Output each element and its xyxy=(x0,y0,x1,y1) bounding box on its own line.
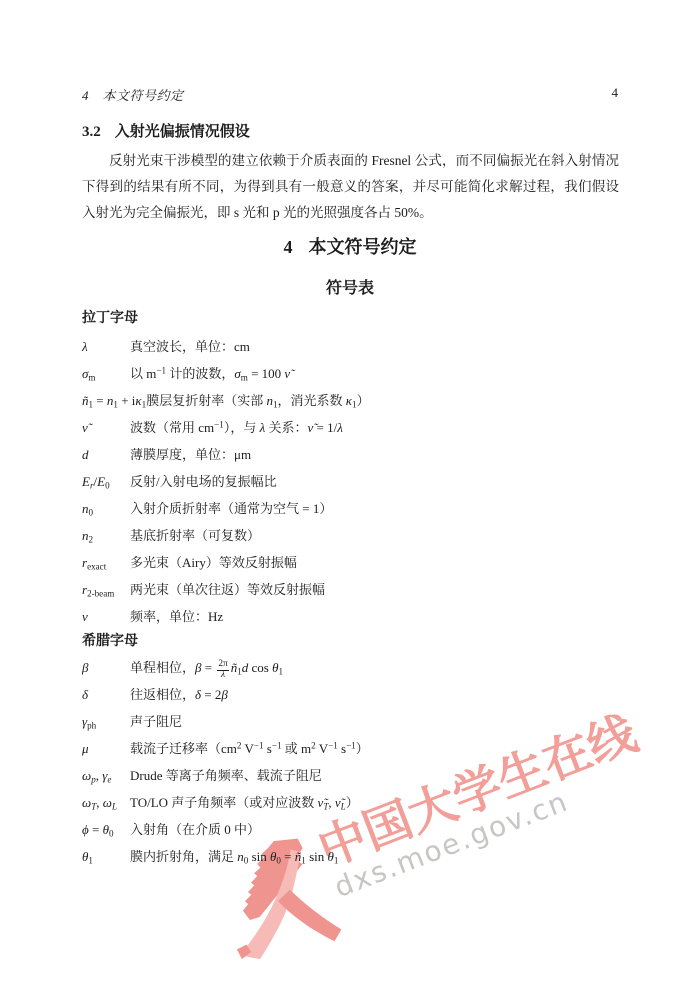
symbol-description: 膜内折射角，满足 n0 sin θ0 = ñ1 sin θ1 xyxy=(130,849,338,864)
running-header-title: 4 本文符号约定 xyxy=(82,85,184,104)
latin-symbol-list: λ真空波长，单位：cmσm以 m−1 计的波数，σm = 100 ν̃ñ1 = … xyxy=(82,333,640,630)
symbol-row: λ真空波长，单位：cm xyxy=(82,333,640,360)
symbol-row: ñ1 = n1 + iκ1膜层复折射率（实部 n1，消光系数 κ1） xyxy=(82,387,640,414)
symbol-description: TO/LO 声子角频率（或对应波数 ν̃T, ν̃L） xyxy=(130,795,359,810)
symbol-description: 两光束（单次往返）等效反射振幅 xyxy=(130,582,325,597)
symbol-description: 反射/入射电场的复振幅比 xyxy=(130,474,277,489)
symbol-row: d薄膜厚度，单位：μm xyxy=(82,441,640,468)
symbol-description: 膜层复折射率（实部 n1，消光系数 κ1） xyxy=(146,393,369,408)
symbol-description: 单程相位，β = 2πλñ1d cos θ1 xyxy=(130,660,283,675)
symbol: ωp, γe xyxy=(82,762,130,789)
symbol: r2-beam xyxy=(82,576,130,603)
symbol-description: 载流子迁移率（cm2 V−1 s−1 或 m2 V−1 s−1） xyxy=(130,741,369,756)
subsection-title: 入射光偏振情况假设 xyxy=(115,124,250,140)
symbol-description: 基底折射率（可复数） xyxy=(130,528,260,543)
body-paragraph: 反射光束干涉模型的建立依赖于介质表面的 Fresnel 公式，而不同偏振光在斜入… xyxy=(82,148,619,226)
symbol: ñ1 = n1 + iκ1 xyxy=(82,387,146,414)
symbol-description: 声子阻尼 xyxy=(130,714,182,729)
symbol: d xyxy=(82,441,130,468)
symbol: ωT, ωL xyxy=(82,789,130,816)
symbol-table-title: 符号表 xyxy=(0,275,700,298)
symbol-row: r2-beam两光束（单次往返）等效反射振幅 xyxy=(82,576,640,603)
symbol-row: ωp, γeDrude 等离子角频率、载流子阻尼 xyxy=(82,762,640,789)
subsection-number: 3.2 xyxy=(82,124,101,140)
symbol-description: 以 m−1 计的波数，σm = 100 ν̃ xyxy=(130,366,290,381)
symbol-row: ν̃波数（常用 cm−1），与 λ 关系：ν̃ = 1/λ xyxy=(82,414,640,441)
symbol: rexact xyxy=(82,549,130,576)
document-page: 中国大学生在线 dxs.moe.gov.cn 4 本文符号约定 4 3.2入射光… xyxy=(0,0,700,989)
symbol-row: θ1膜内折射角，满足 n0 sin θ0 = ñ1 sin θ1 xyxy=(82,843,640,870)
latin-letters-heading: 拉丁字母 xyxy=(82,307,138,327)
symbol: ν̃ xyxy=(82,414,130,441)
chapter-number: 4 xyxy=(284,237,293,257)
symbol-row: v频率，单位：Hz xyxy=(82,603,640,630)
symbol-description: 入射介质折射率（通常为空气 = 1） xyxy=(130,501,332,516)
symbol-row: μ载流子迁移率（cm2 V−1 s−1 或 m2 V−1 s−1） xyxy=(82,735,640,762)
symbol-row: rexact多光束（Airy）等效反射振幅 xyxy=(82,549,640,576)
symbol-description: 波数（常用 cm−1），与 λ 关系：ν̃ = 1/λ xyxy=(130,420,343,435)
symbol-row: σm以 m−1 计的波数，σm = 100 ν̃ xyxy=(82,360,640,387)
symbol-row: β单程相位，β = 2πλñ1d cos θ1 xyxy=(82,654,640,681)
symbol-description: 频率，单位：Hz xyxy=(130,609,223,624)
symbol-description: 薄膜厚度，单位：μm xyxy=(130,447,251,462)
symbol: Er/E0 xyxy=(82,468,130,495)
chapter-title: 4本文符号约定 xyxy=(0,233,700,259)
symbol: β xyxy=(82,654,130,681)
symbol: σm xyxy=(82,360,130,387)
greek-symbol-list: β单程相位，β = 2πλñ1d cos θ1δ往返相位，δ = 2βγph声子… xyxy=(82,654,640,870)
symbol-row: ϕ = θ0入射角（在介质 0 中） xyxy=(82,816,640,843)
subsection-heading: 3.2入射光偏振情况假设 xyxy=(82,120,250,141)
symbol: δ xyxy=(82,681,130,708)
symbol-description: 真空波长，单位：cm xyxy=(130,339,250,354)
symbol-row: n2基底折射率（可复数） xyxy=(82,522,640,549)
symbol-description: 多光束（Airy）等效反射振幅 xyxy=(130,555,297,570)
symbol: n0 xyxy=(82,495,130,522)
running-header: 4 本文符号约定 4 xyxy=(82,85,618,104)
symbol-row: n0入射介质折射率（通常为空气 = 1） xyxy=(82,495,640,522)
symbol: v xyxy=(82,603,130,630)
symbol-row: ωT, ωLTO/LO 声子角频率（或对应波数 ν̃T, ν̃L） xyxy=(82,789,640,816)
symbol-row: Er/E0反射/入射电场的复振幅比 xyxy=(82,468,640,495)
symbol-description: 往返相位，δ = 2β xyxy=(130,687,228,702)
symbol-description: Drude 等离子角频率、载流子阻尼 xyxy=(130,768,322,783)
chapter-title-text: 本文符号约定 xyxy=(309,237,417,257)
symbol: ϕ = θ0 xyxy=(82,816,130,843)
symbol-description: 入射角（在介质 0 中） xyxy=(130,822,260,837)
symbol: n2 xyxy=(82,522,130,549)
symbol-row: δ往返相位，δ = 2β xyxy=(82,681,640,708)
symbol-row: γph声子阻尼 xyxy=(82,708,640,735)
greek-letters-heading: 希腊字母 xyxy=(82,630,138,650)
symbol: γph xyxy=(82,708,130,735)
page-number: 4 xyxy=(612,85,619,104)
symbol: θ1 xyxy=(82,843,130,870)
symbol: λ xyxy=(82,333,130,360)
symbol: μ xyxy=(82,735,130,762)
